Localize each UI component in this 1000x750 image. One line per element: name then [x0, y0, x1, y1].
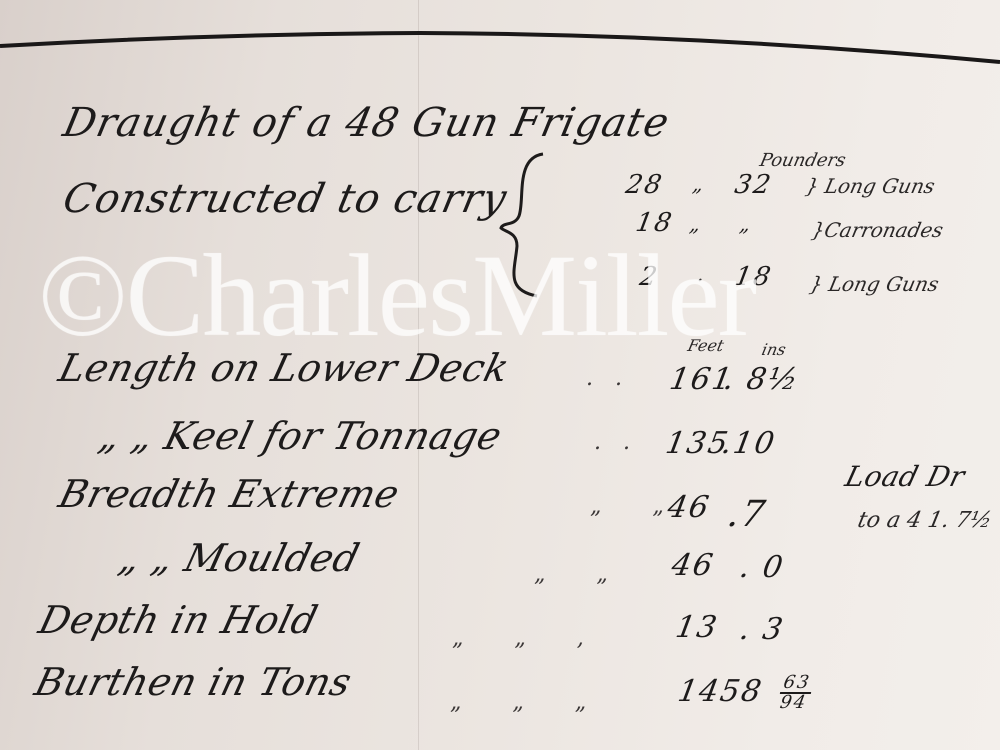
measurement-inches: .10 — [719, 426, 779, 461]
measurement-inches: . 8½ — [721, 362, 802, 397]
burthen-fraction: 63 94 — [777, 674, 815, 712]
side-note-line-1: Load Dr — [842, 460, 969, 493]
measurement-feet: 13 — [673, 610, 721, 645]
measurement-inches: .7 — [724, 494, 770, 535]
side-note-line-2: to a 4 1. 7½ — [855, 508, 994, 533]
measurement-feet: 46 — [665, 490, 713, 525]
measurement-label: „ „ Keel for Tonnage — [95, 414, 507, 458]
gun-type: }Carronades — [809, 218, 945, 242]
watermark: ©CharlesMiller — [38, 228, 755, 364]
measurement-label: „ „ Moulded — [115, 536, 365, 580]
title-line-1: Draught of a 48 Gun Frigate — [59, 100, 674, 146]
measurement-inches: . 0 — [737, 550, 787, 585]
gun-type: } Long Guns — [803, 174, 937, 198]
units-heading-inches: ins — [760, 340, 788, 359]
document-page: Draught of a 48 Gun Frigate Constructed … — [0, 0, 1000, 750]
measurement-feet: 46 — [669, 548, 717, 583]
title-line-2: Constructed to carry — [59, 176, 511, 222]
top-border-rule — [0, 0, 1000, 80]
measurement-inches: . 3 — [737, 612, 787, 647]
armament-brace-icon — [495, 150, 555, 300]
pounder-heading: Pounders — [758, 150, 848, 171]
measurement-label: Breadth Extreme — [55, 472, 404, 516]
measurement-label: Depth in Hold — [35, 598, 323, 642]
burthen-value: 1458 63 94 — [675, 674, 815, 712]
gun-type: } Long Guns — [807, 272, 941, 296]
measurement-label: Burthen in Tons — [31, 660, 357, 704]
measurement-label: Length on Lower Deck — [55, 346, 514, 390]
units-heading-feet: Feet — [686, 336, 726, 355]
